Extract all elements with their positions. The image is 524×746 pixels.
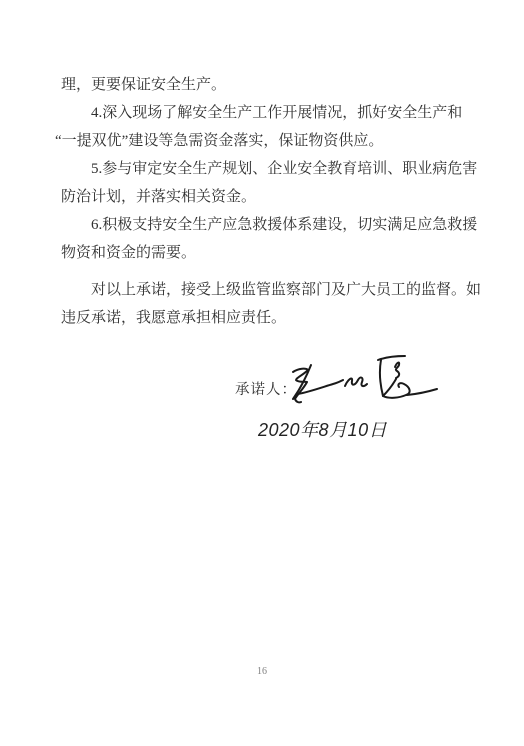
text-line: 理，更要保证安全生产。 [61, 71, 461, 99]
paragraph: 4.深入现场了解安全生产工作开展情况，抓好安全生产和“一提双优”建设等急需资金落… [61, 99, 461, 155]
text-line: 6.积极支持安全生产应急救援体系建设，切实满足应急救援 [61, 211, 461, 239]
text-line: 4.深入现场了解安全生产工作开展情况，抓好安全生产和 [61, 99, 461, 127]
text-line: 5.参与审定安全生产规划、企业安全教育培训、职业病危害 [61, 155, 461, 183]
page-number: 16 [0, 666, 524, 677]
paragraph: 理，更要保证安全生产。 [61, 71, 461, 99]
handwritten-signature [287, 351, 442, 413]
text-line: 物资和资金的需要。 [61, 239, 461, 267]
text-line: 对以上承诺，接受上级监管监察部门及广大员工的监督。如 [61, 276, 461, 304]
document-page: 理，更要保证安全生产。4.深入现场了解安全生产工作开展情况，抓好安全生产和“一提… [0, 0, 524, 746]
paragraph: 5.参与审定安全生产规划、企业安全教育培训、职业病危害防治计划，并落实相关资金。 [61, 155, 461, 211]
paragraph: 对以上承诺，接受上级监管监察部门及广大员工的监督。如违反承诺，我愿意承担相应责任… [61, 276, 461, 332]
text-line: 违反承诺，我愿意承担相应责任。 [61, 304, 461, 332]
text-line: 防治计划，并落实相关资金。 [61, 183, 461, 211]
paragraph: 6.积极支持安全生产应急救援体系建设，切实满足应急救援物资和资金的需要。 [61, 211, 461, 267]
document-body: 理，更要保证安全生产。4.深入现场了解安全生产工作开展情况，抓好安全生产和“一提… [61, 71, 461, 332]
commitment-date: 2020年8月10日 [258, 416, 387, 442]
text-line: “一提双优”建设等急需资金落实，保证物资供应。 [55, 127, 461, 155]
